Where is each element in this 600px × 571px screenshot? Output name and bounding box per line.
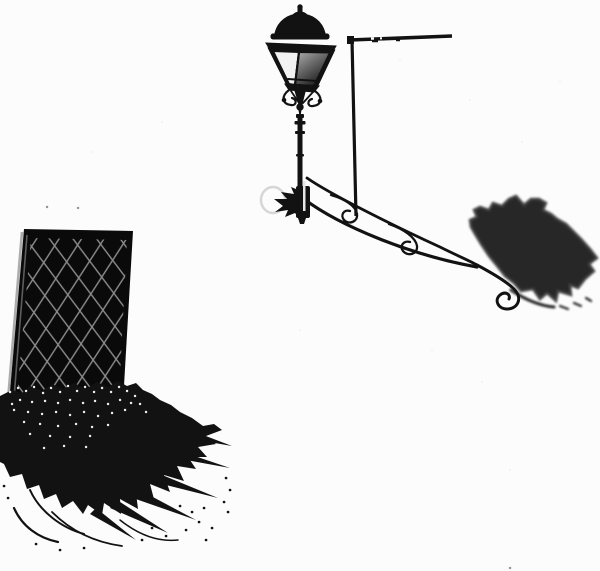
joint-highlight-gap — [303, 181, 306, 211]
rod-corner-joint — [347, 36, 354, 44]
post-ring — [295, 131, 305, 134]
window-lattice-glazing — [17, 238, 127, 396]
cage-side-ball — [282, 98, 286, 102]
dome-rim — [271, 34, 329, 39]
post-ring — [296, 154, 304, 157]
cage-side-ball — [318, 99, 322, 103]
post-collar — [296, 114, 304, 118]
cage-ball — [297, 104, 303, 110]
scene-svg — [0, 0, 600, 571]
lattice-window — [8, 229, 133, 403]
post-ring — [295, 121, 306, 125]
photo-canvas — [0, 0, 600, 571]
post-shaft — [298, 114, 303, 192]
